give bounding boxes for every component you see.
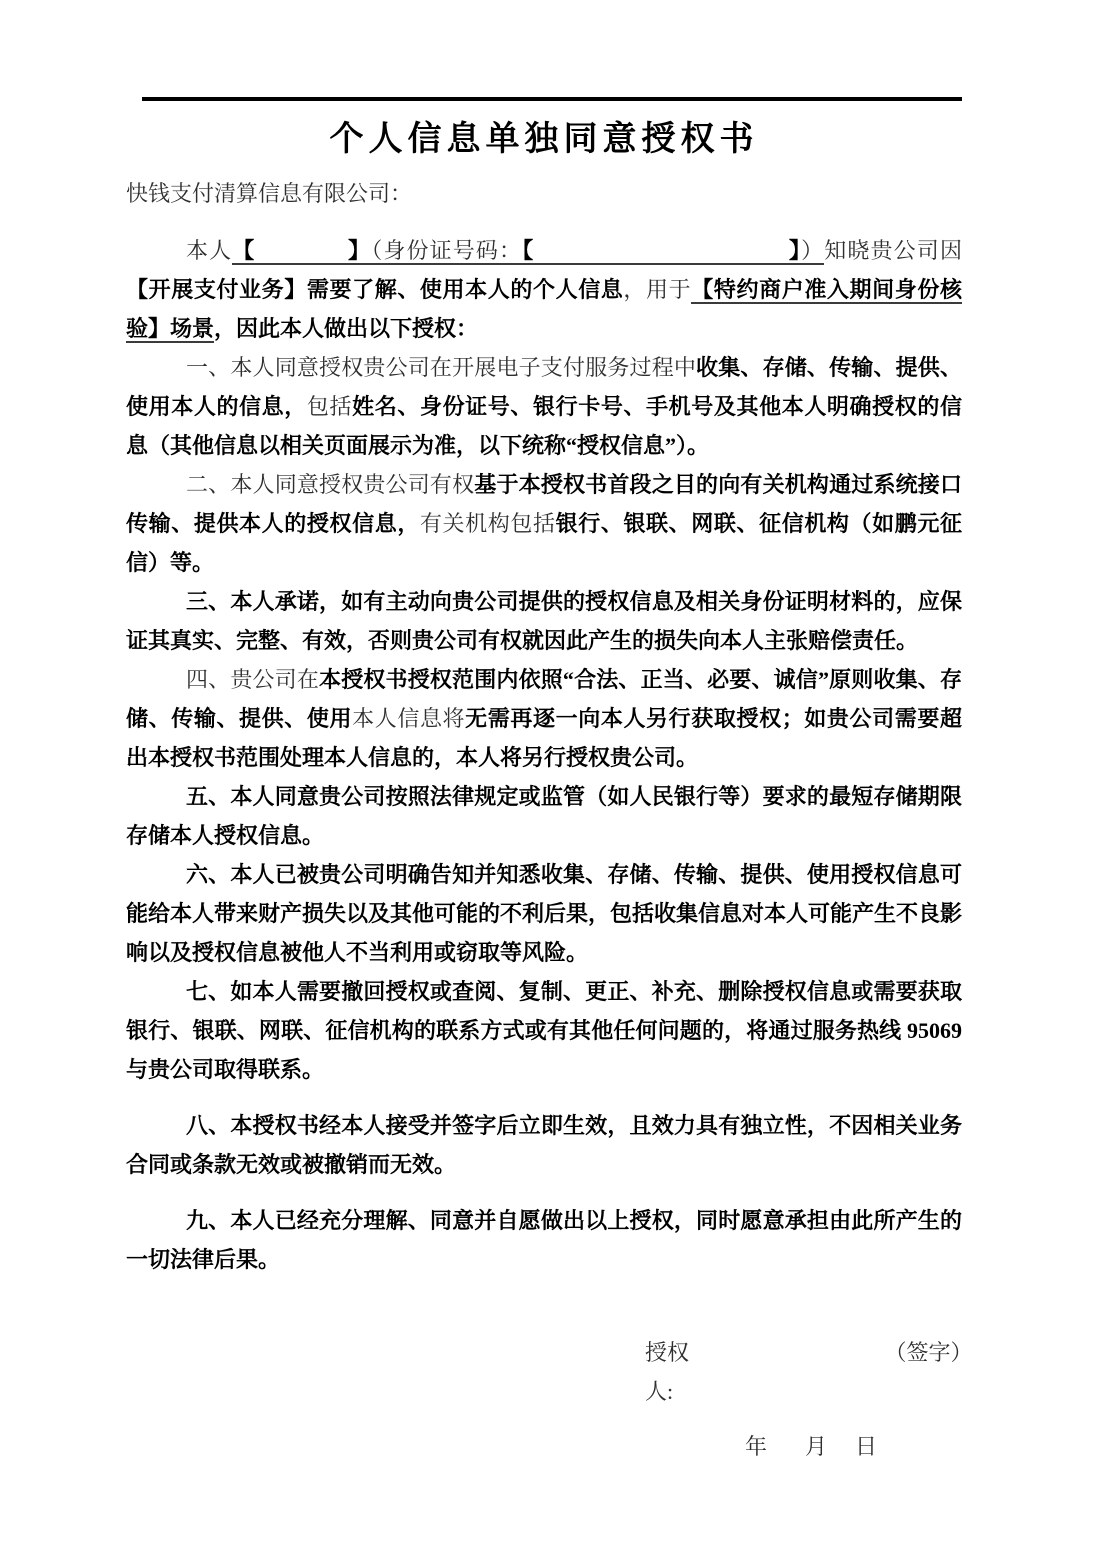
text-segment: 【开展支付业务】需要了解、使用本人的个人信息 xyxy=(126,277,623,302)
text-segment: 二、本人同意授权贵公司有权 xyxy=(186,472,474,497)
company-salutation: 快钱支付清算信息有限公司： xyxy=(126,174,962,213)
clause-paragraph-2: 二、本人同意授权贵公司有权基于本授权书首段之目的向有关机构通过系统接口传输、提供… xyxy=(126,465,962,582)
clause-paragraph-5: 五、本人同意贵公司按照法律规定或监管（如人民银行等）要求的最短存储期限存储本人授… xyxy=(126,777,962,855)
text-segment: 九、本人已经充分理解、同意并自愿做出以上授权，同时愿意承担由此所产生的一切法律后… xyxy=(126,1208,962,1272)
text-segment: 知晓贵公司因 xyxy=(824,238,962,263)
date-year-label: 年 xyxy=(745,1427,767,1466)
text-segment: 本人 xyxy=(186,238,232,263)
text-segment: 本人信息将 xyxy=(352,706,465,731)
text-segment: 三、本人承诺，如有主动向贵公司提供的授权信息及相关身份证明材料的，应保证其真实、… xyxy=(126,589,962,653)
text-segment: 六、本人已被贵公司明确告知并知悉收集、存储、传输、提供、使用授权信息可能给本人带… xyxy=(126,862,962,965)
intro-paragraph: 本人【 】（身份证号码：【 】）知晓贵公司因【开展支付业务】需要了解、使用本人的… xyxy=(126,231,962,348)
text-segment: 】 xyxy=(789,238,801,265)
text-segment: 七、如本人需要撤回授权或查阅、复制、更正、补充、删除授权信息或需要获取银行、银联… xyxy=(126,979,962,1082)
signature-block: 授权人: （签字） xyxy=(126,1333,962,1411)
content-column: 个人信息单独同意授权书 快钱支付清算信息有限公司： 本人【 】（身份证号码：【 … xyxy=(126,0,962,1466)
blank-field xyxy=(255,238,348,265)
signature-hint: （签字） xyxy=(885,1333,963,1411)
date-day-label: 日 xyxy=(855,1427,877,1466)
text-segment: 四、贵公司在 xyxy=(186,667,319,692)
text-segment: 【 xyxy=(522,238,534,265)
text-segment: ） xyxy=(801,238,824,265)
clause-paragraph-7: 七、如本人需要撤回授权或查阅、复制、更正、补充、删除授权信息或需要获取银行、银联… xyxy=(126,972,962,1089)
clause-paragraph-1: 一、本人同意授权贵公司在开展电子支付服务过程中收集、存储、传输、提供、使用本人的… xyxy=(126,348,962,465)
clause-paragraph-8: 八、本授权书经本人接受并签字后立即生效，且效力具有独立性，不因相关业务合同或条款… xyxy=(126,1106,962,1184)
signer-label: 授权人: xyxy=(645,1333,709,1411)
text-segment: 【 xyxy=(232,238,255,265)
text-segment: 包括 xyxy=(307,394,352,419)
page: 个人信息单独同意授权书 快钱支付清算信息有限公司： 本人【 】（身份证号码：【 … xyxy=(0,0,1102,1559)
text-segment: ，用于 xyxy=(623,277,691,302)
clause-paragraph-9: 九、本人已经充分理解、同意并自愿做出以上授权，同时愿意承担由此所产生的一切法律后… xyxy=(126,1201,962,1279)
blank-field xyxy=(534,238,789,265)
text-segment: 一、本人同意授权贵公司在开展电子支付服务过程中 xyxy=(186,355,696,380)
clause-paragraph-6: 六、本人已被贵公司明确告知并知悉收集、存储、传输、提供、使用授权信息可能给本人带… xyxy=(126,855,962,972)
document-body: 本人【 】（身份证号码：【 】）知晓贵公司因【开展支付业务】需要了解、使用本人的… xyxy=(126,231,962,1279)
text-segment: 五、本人同意贵公司按照法律规定或监管（如人民银行等）要求的最短存储期限存储本人授… xyxy=(126,784,962,848)
text-segment: 八、本授权书经本人接受并签字后立即生效，且效力具有独立性，不因相关业务合同或条款… xyxy=(126,1113,962,1177)
text-segment: ，因此本人做出以下授权： xyxy=(214,316,478,341)
document-title: 个人信息单独同意授权书 xyxy=(126,118,962,162)
clause-paragraph-3: 三、本人承诺，如有主动向贵公司提供的授权信息及相关身份证明材料的，应保证其真实、… xyxy=(126,582,962,660)
text-segment: （身份证号码： xyxy=(371,238,522,265)
text-segment: 】 xyxy=(348,238,371,265)
clause-paragraph-4: 四、贵公司在本授权书授权范围内依照“合法、正当、必要、诚信”原则收集、存储、传输… xyxy=(126,660,962,777)
date-line: 年 月 日 xyxy=(126,1427,962,1466)
text-segment: 有关机构包括 xyxy=(420,511,556,536)
date-month-label: 月 xyxy=(805,1427,827,1466)
